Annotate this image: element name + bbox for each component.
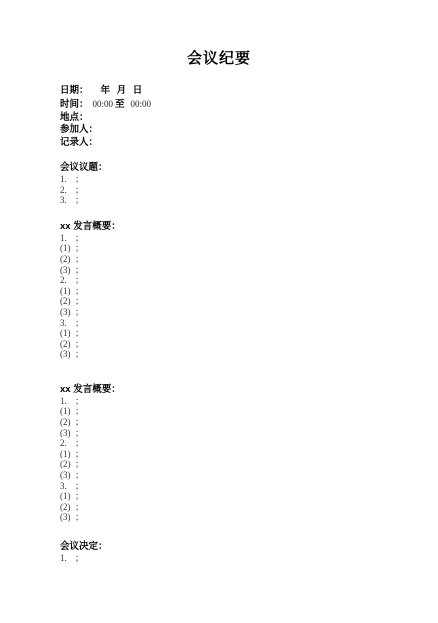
list-item-placeholder: ； xyxy=(75,254,84,264)
list-item: 3.； xyxy=(60,195,408,206)
list-item: (1)； xyxy=(60,491,408,502)
list-item-marker: 1. xyxy=(60,233,73,244)
section-heading: 会议议题： xyxy=(60,161,408,174)
list-item: 1.； xyxy=(60,174,408,185)
document-title: 会议纪要 xyxy=(0,0,438,67)
list-item-placeholder: ； xyxy=(75,185,84,195)
list-item-marker: 3. xyxy=(60,195,73,206)
list-item-marker: (1) xyxy=(60,286,73,297)
location-label: 地点： xyxy=(60,112,89,123)
list-item-marker: 2. xyxy=(60,275,73,286)
recorder-field: 记录人： xyxy=(60,137,408,150)
list-item-marker: 1. xyxy=(60,553,73,564)
list-item: (2)； xyxy=(60,339,408,350)
section-heading: xx 发言概要： xyxy=(60,220,408,233)
list-item: (2)； xyxy=(60,502,408,513)
recorder-label: 记录人： xyxy=(60,137,98,148)
attendees-field: 参加人： xyxy=(60,124,408,137)
list-item-placeholder: ； xyxy=(75,512,84,522)
list-item-placeholder: ； xyxy=(75,428,84,438)
list-item-placeholder: ； xyxy=(75,307,84,317)
list-item-placeholder: ； xyxy=(75,470,84,480)
list-item-placeholder: ； xyxy=(75,459,84,469)
list-item-placeholder: ； xyxy=(75,296,84,306)
list-item-marker: 3. xyxy=(60,318,73,329)
list-item-placeholder: ； xyxy=(75,195,84,205)
list-item-marker: (3) xyxy=(60,349,73,360)
list-item-placeholder: ； xyxy=(75,339,84,349)
list-item: (3)； xyxy=(60,349,408,360)
list-item: (2)； xyxy=(60,254,408,265)
attendees-label: 参加人： xyxy=(60,124,98,135)
list-item-marker: (3) xyxy=(60,512,73,523)
list-item: (3)； xyxy=(60,512,408,523)
list-item-marker: (2) xyxy=(60,459,73,470)
document-page: 会议纪要 日期：年 月 日 时间：00:00至00:00 地点： 参加人： 记录… xyxy=(0,0,438,623)
time-end-value: 00:00 xyxy=(131,99,152,109)
section-meeting-decisions: 会议决定： 1.； xyxy=(60,540,408,564)
list-item: 1.； xyxy=(60,233,408,244)
section-speech-summary-1: xx 发言概要： 1.； (1)； (2)； (3)； 2.； (1)； (2)… xyxy=(60,220,408,360)
date-field: 日期：年 月 日 xyxy=(60,85,408,98)
list-item: (1)； xyxy=(60,286,408,297)
list-item: (1)； xyxy=(60,328,408,339)
list-item-marker: 3. xyxy=(60,481,73,492)
document-content: 日期：年 月 日 时间：00:00至00:00 地点： 参加人： 记录人： 会议… xyxy=(60,85,408,564)
list-item-marker: (1) xyxy=(60,328,73,339)
list-item: (3)； xyxy=(60,307,408,318)
list-item: (1)； xyxy=(60,406,408,417)
list-item: 1.； xyxy=(60,396,408,407)
list-item: (3)； xyxy=(60,265,408,276)
list-item-marker: (2) xyxy=(60,339,73,350)
list-item-marker: (3) xyxy=(60,470,73,481)
list-item-placeholder: ； xyxy=(75,438,84,448)
list-item-placeholder: ； xyxy=(75,328,84,338)
list-item-placeholder: ； xyxy=(75,318,84,328)
section-heading: 会议决定： xyxy=(60,540,408,553)
section-heading: xx 发言概要： xyxy=(60,383,408,396)
section-speech-summary-2: xx 发言概要： 1.； (1)； (2)； (3)； 2.； (1)； (2)… xyxy=(60,383,408,523)
list-item: (1)； xyxy=(60,449,408,460)
list-item: (3)； xyxy=(60,428,408,439)
list-item-placeholder: ； xyxy=(75,481,84,491)
list-item: 3.； xyxy=(60,481,408,492)
list-item-placeholder: ； xyxy=(75,553,84,563)
list-item: 1.； xyxy=(60,553,408,564)
section-meeting-topics: 会议议题： 1.； 2.； 3.； xyxy=(60,161,408,206)
list-item-marker: (2) xyxy=(60,502,73,513)
date-value: 年 月 日 xyxy=(101,85,145,96)
list-item: 2.； xyxy=(60,275,408,286)
list-item: (1)； xyxy=(60,243,408,254)
list-item-marker: (1) xyxy=(60,449,73,460)
list-item-placeholder: ； xyxy=(75,449,84,459)
list-item-marker: 1. xyxy=(60,174,73,185)
list-item-marker: (2) xyxy=(60,296,73,307)
list-item: 3.； xyxy=(60,318,408,329)
list-item: 2.； xyxy=(60,438,408,449)
list-item: (2)； xyxy=(60,296,408,307)
time-start-value: 00:00 xyxy=(93,99,114,109)
list-item-placeholder: ； xyxy=(75,502,84,512)
list-item-placeholder: ； xyxy=(75,243,84,253)
list-item-placeholder: ； xyxy=(75,286,84,296)
list-item-placeholder: ； xyxy=(75,417,84,427)
list-item: (2)； xyxy=(60,459,408,470)
list-item-marker: (1) xyxy=(60,243,73,254)
list-item-marker: (1) xyxy=(60,406,73,417)
list-item: (2)； xyxy=(60,417,408,428)
list-item-placeholder: ； xyxy=(75,265,84,275)
list-item-marker: (2) xyxy=(60,254,73,265)
list-item-marker: (1) xyxy=(60,491,73,502)
meta-block: 日期：年 月 日 时间：00:00至00:00 地点： 参加人： 记录人： xyxy=(60,85,408,150)
list-item-placeholder: ； xyxy=(75,233,84,243)
date-label: 日期： xyxy=(60,85,89,96)
time-field: 时间：00:00至00:00 xyxy=(60,98,408,112)
list-item-placeholder: ； xyxy=(75,396,84,406)
list-item-marker: (3) xyxy=(60,265,73,276)
time-separator: 至 xyxy=(115,99,125,110)
list-item: 2.； xyxy=(60,185,408,196)
list-item-placeholder: ； xyxy=(75,491,84,501)
list-item-marker: (3) xyxy=(60,428,73,439)
list-item-placeholder: ； xyxy=(75,406,84,416)
location-field: 地点： xyxy=(60,112,408,125)
list-item-placeholder: ； xyxy=(75,174,84,184)
list-item: (3)； xyxy=(60,470,408,481)
list-item-marker: 2. xyxy=(60,185,73,196)
list-item-marker: (2) xyxy=(60,417,73,428)
list-item-marker: 2. xyxy=(60,438,73,449)
time-label: 时间： xyxy=(60,99,89,110)
list-item-marker: (3) xyxy=(60,307,73,318)
list-item-placeholder: ； xyxy=(75,349,84,359)
list-item-placeholder: ； xyxy=(75,275,84,285)
list-item-marker: 1. xyxy=(60,396,73,407)
